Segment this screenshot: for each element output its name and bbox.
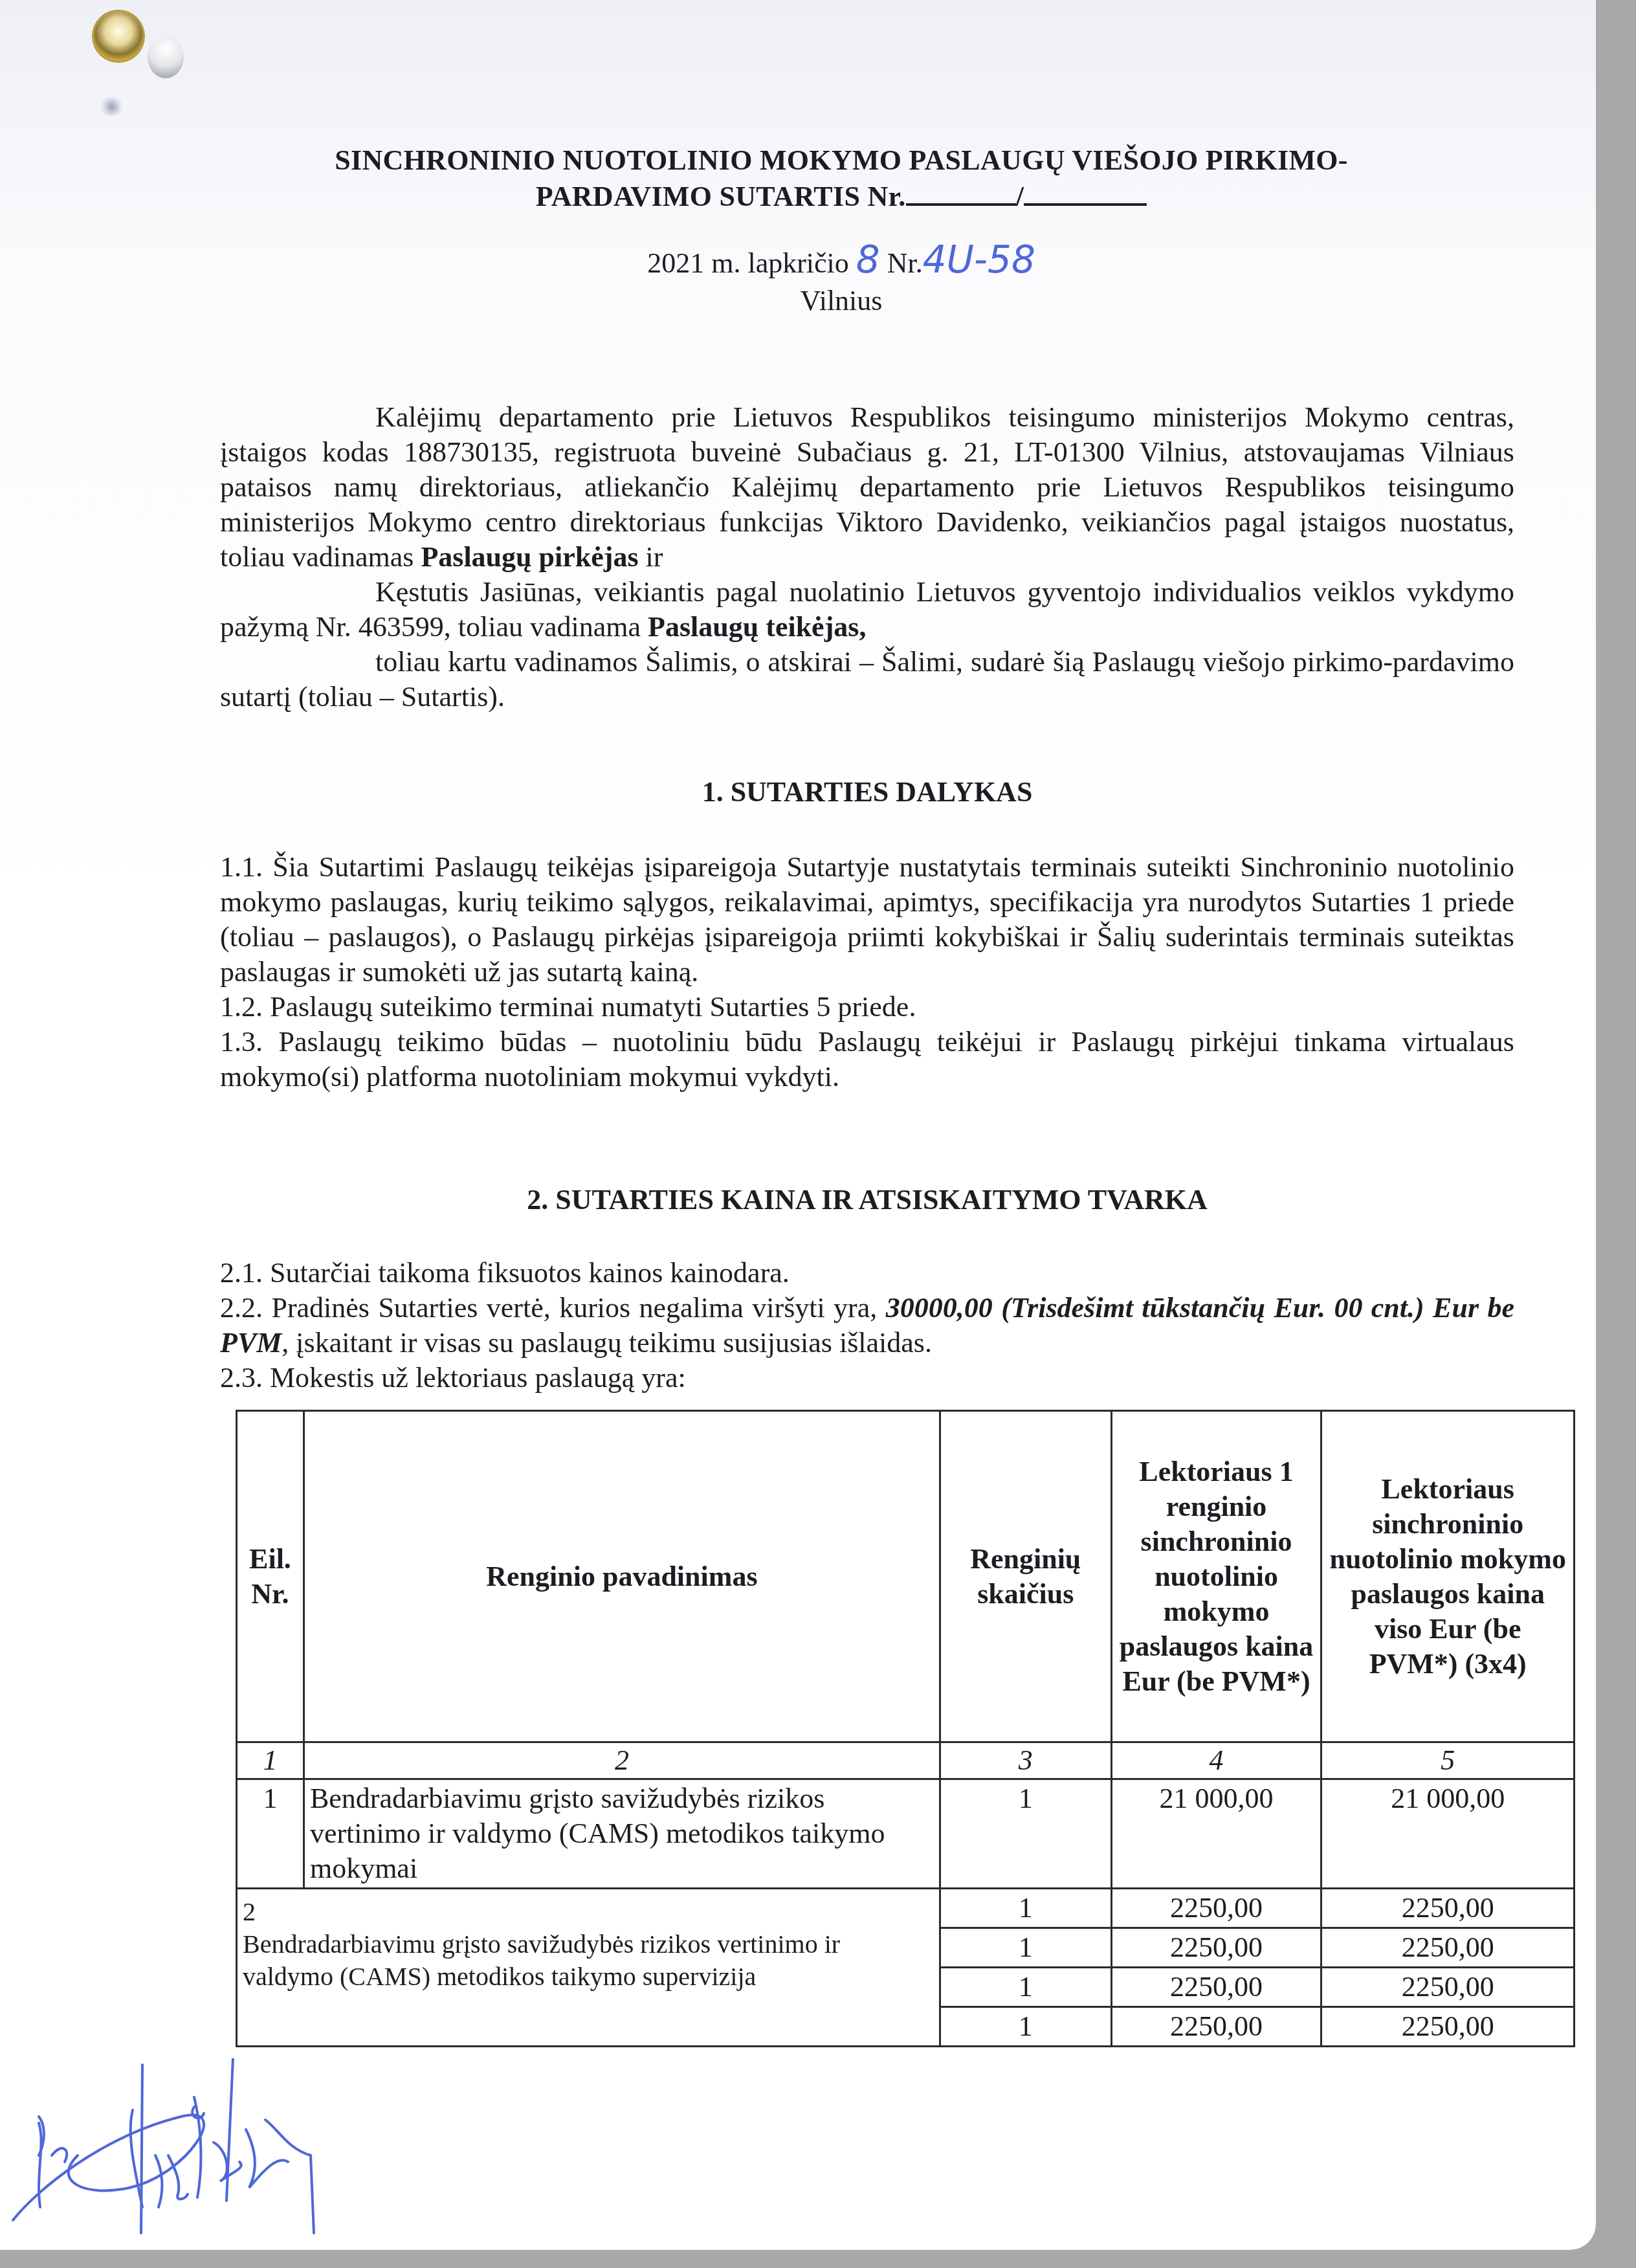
header-unit-price: Lektoriaus 1 renginio sinchroninio nuoto… — [1111, 1411, 1321, 1742]
punch-hole-icon — [148, 36, 184, 78]
document-title: SINCHRONINIO NUOTOLINIO MOKYMO PASLAUGŲ … — [233, 142, 1450, 215]
parties-collective: toliau kartu vadinamos Šalimis, o atskir… — [220, 645, 1514, 715]
signatures-icon — [0, 2058, 1596, 2252]
section-2-heading: 2. SUTARTIES KAINA IR ATSISKAITYMO TVARK… — [220, 1183, 1514, 1216]
clause-2-1: 2.1. Sutarčiai taikoma fiksuotos kainos … — [220, 1256, 1514, 1291]
table-header-row: Eil. Nr. Renginio pavadinimas Renginių s… — [237, 1411, 1575, 1742]
clause-2-3: 2.3. Mokestis už lektoriaus paslaugą yra… — [220, 1361, 1514, 1395]
place: Vilnius — [233, 282, 1450, 320]
title-line-1: SINCHRONINIO NUOTOLINIO MOKYMO PASLAUGŲ … — [233, 142, 1450, 179]
column-number-row: 1 2 3 4 5 — [237, 1742, 1575, 1779]
header-total: Lektoriaus sinchroninio nuotolinio mokym… — [1321, 1411, 1575, 1742]
row-2-name: Bendradarbiavimu grįsto savižudybės rizi… — [243, 1928, 934, 1993]
handwritten-day: 8 — [856, 238, 880, 282]
clause-1-1: 1.1. Šia Sutartimi Paslaugų teikėjas įsi… — [220, 850, 1514, 990]
number-label: Nr. — [887, 247, 923, 279]
contract-number-blank-2 — [1024, 180, 1147, 206]
clause-1-2: 1.2. Paslaugų suteikimo terminai numatyt… — [220, 990, 1514, 1025]
contract-number-blank-1 — [906, 180, 1016, 206]
section-1-heading: 1. SUTARTIES DALYKAS — [220, 775, 1514, 808]
clause-2-2: 2.2. Pradinės Sutarties vertė, kurios ne… — [220, 1291, 1514, 1361]
section-2-body: 2.1. Sutarčiai taikoma fiksuotos kainos … — [220, 1256, 1514, 1395]
header-nr: Eil. Nr. — [237, 1411, 304, 1742]
clause-1-3: 1.3. Paslaugų teikimo būdas – nuotoliniu… — [220, 1025, 1514, 1095]
section-1-body: 1.1. Šia Sutartimi Paslaugų teikėjas įsi… — [220, 850, 1514, 1095]
header-count: Renginių skaičius — [940, 1411, 1111, 1742]
date-prefix: 2021 m. lapkričio — [647, 247, 849, 279]
table-row: 1 Bendradarbiavimu grįsto savižudybės ri… — [237, 1779, 1575, 1889]
party-buyer: Kalėjimų departamento prie Lietuvos Resp… — [220, 400, 1514, 575]
parties-section: Kalėjimų departamento prie Lietuvos Resp… — [220, 400, 1514, 715]
binder-eyelet-icon — [94, 12, 143, 61]
punch-hole-small-icon — [100, 97, 123, 117]
price-table: Eil. Nr. Renginio pavadinimas Renginių s… — [236, 1410, 1575, 2047]
document-page: SINCHRONINIO NUOTOLINIO MOKYMO PASLAUGŲ … — [0, 0, 1596, 2250]
header-name: Renginio pavadinimas — [304, 1411, 940, 1742]
table-row: 2 Bendradarbiavimu grįsto savižudybės ri… — [237, 1889, 1575, 1928]
title-line-2: PARDAVIMO SUTARTIS Nr./ — [233, 179, 1450, 215]
date-line: 2021 m. lapkričio 8 Nr.4U-58 Vilnius — [233, 241, 1450, 320]
handwritten-number: 4U-58 — [923, 238, 1035, 282]
row-2-nr: 2 — [243, 1896, 934, 1928]
party-provider: Kęstutis Jasiūnas, veikiantis pagal nuol… — [220, 575, 1514, 645]
